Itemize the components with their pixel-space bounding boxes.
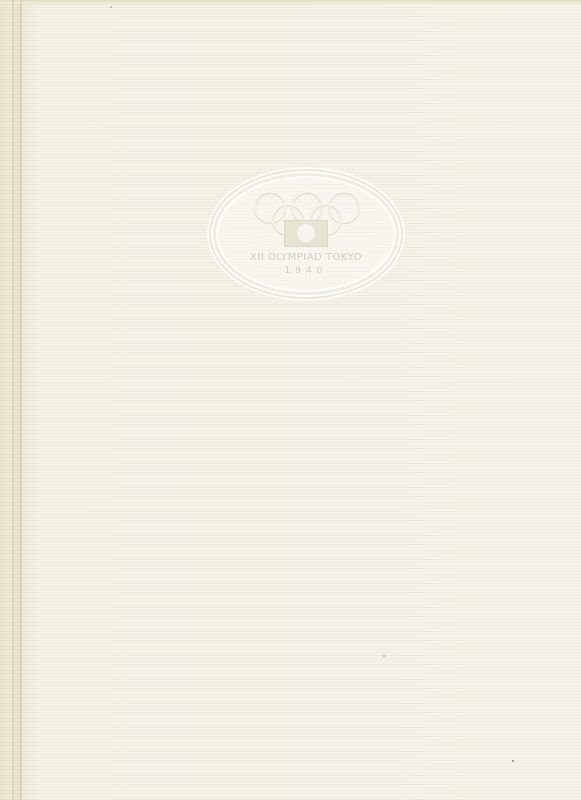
spine-hinge-line bbox=[12, 0, 14, 800]
surface-speck bbox=[110, 6, 112, 8]
cover-top-edge bbox=[0, 0, 581, 4]
book-cover: XII OLYMPIAD TOKYO 1940 bbox=[0, 0, 581, 800]
surface-speck bbox=[512, 760, 514, 762]
spine-hinge-line bbox=[20, 0, 22, 800]
embossed-emblem: XII OLYMPIAD TOKYO 1940 bbox=[216, 176, 396, 292]
emblem-year: 1940 bbox=[216, 266, 396, 276]
sun-disc bbox=[297, 224, 315, 242]
surface-speck bbox=[383, 655, 385, 657]
emblem-title: XII OLYMPIAD TOKYO bbox=[216, 252, 396, 263]
rising-sun-flag-icon bbox=[284, 220, 328, 247]
